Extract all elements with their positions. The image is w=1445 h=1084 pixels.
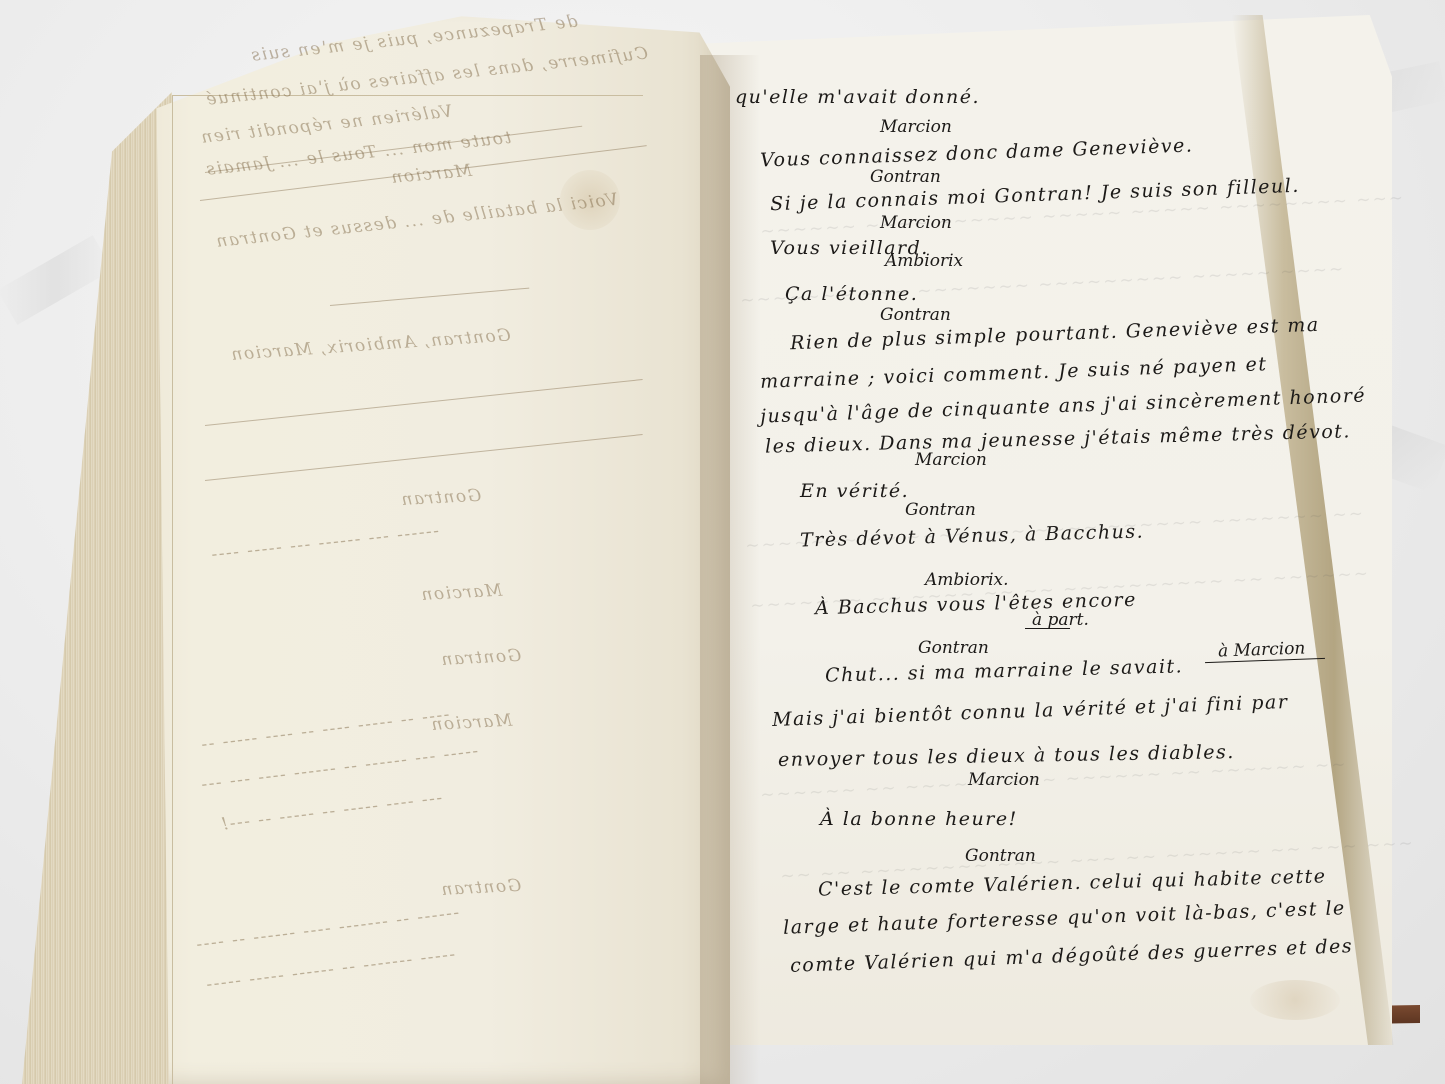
stage-direction-underline — [1025, 628, 1070, 629]
speaker-name: Gontran — [880, 305, 951, 325]
dialogue-line: À la bonne heure! — [820, 808, 1018, 830]
foxing-stain — [1250, 980, 1340, 1020]
cloth-fold — [0, 235, 113, 325]
ghost-speaker: Gontran — [439, 876, 521, 900]
gutter-shadow — [700, 55, 760, 1084]
ghost-speaker: Gontran — [399, 486, 481, 510]
manuscript-book: de Trapezunce, puis je m'en suis Cufimer… — [0, 0, 1445, 1084]
page-block-edges — [22, 92, 172, 1084]
speaker-name: Marcion — [915, 450, 987, 470]
dialogue-line: En vérité. — [800, 480, 909, 502]
speaker-name: Gontran — [870, 167, 941, 187]
speaker-name: Ambiorix — [885, 251, 963, 271]
stage-direction: à part. — [1032, 610, 1089, 630]
speaker-name: Marcion — [880, 117, 952, 137]
speaker-name: Gontran — [918, 638, 989, 658]
ghost-speaker: Gontran — [439, 646, 521, 670]
speaker-name: Gontran — [905, 500, 976, 520]
dialogue-line: qu'elle m'avait donné. — [735, 86, 980, 108]
